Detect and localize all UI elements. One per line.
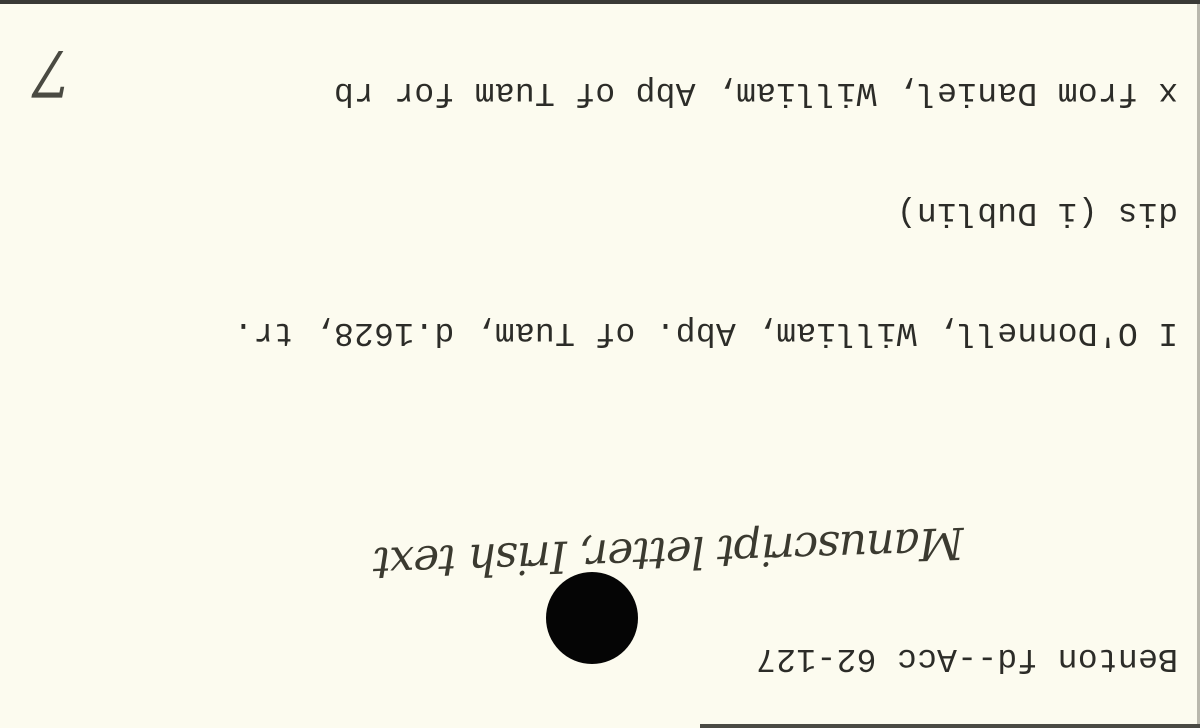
handwritten-corner-mark: 7 bbox=[31, 40, 72, 104]
catalog-entry: I O'Donnell, William, Abp. of Tuam, d.16… bbox=[233, 0, 1178, 432]
handwritten-note: Manuscript letter, Irish text bbox=[373, 517, 965, 589]
catalog-card: Benton fd--Acc 62-127 Manuscript letter,… bbox=[0, 0, 1200, 728]
accession-header: Benton fd--Acc 62-127 bbox=[756, 638, 1178, 678]
punch-hole bbox=[546, 572, 638, 664]
entry-line: dis (i Dublin) bbox=[233, 192, 1178, 232]
card-edge-shadow bbox=[700, 724, 1200, 728]
entry-line: I O'Donnell, William, Abp. of Tuam, d.16… bbox=[233, 312, 1178, 352]
entry-line: x from Daniel, William, Abp of Tuam for … bbox=[233, 72, 1178, 112]
